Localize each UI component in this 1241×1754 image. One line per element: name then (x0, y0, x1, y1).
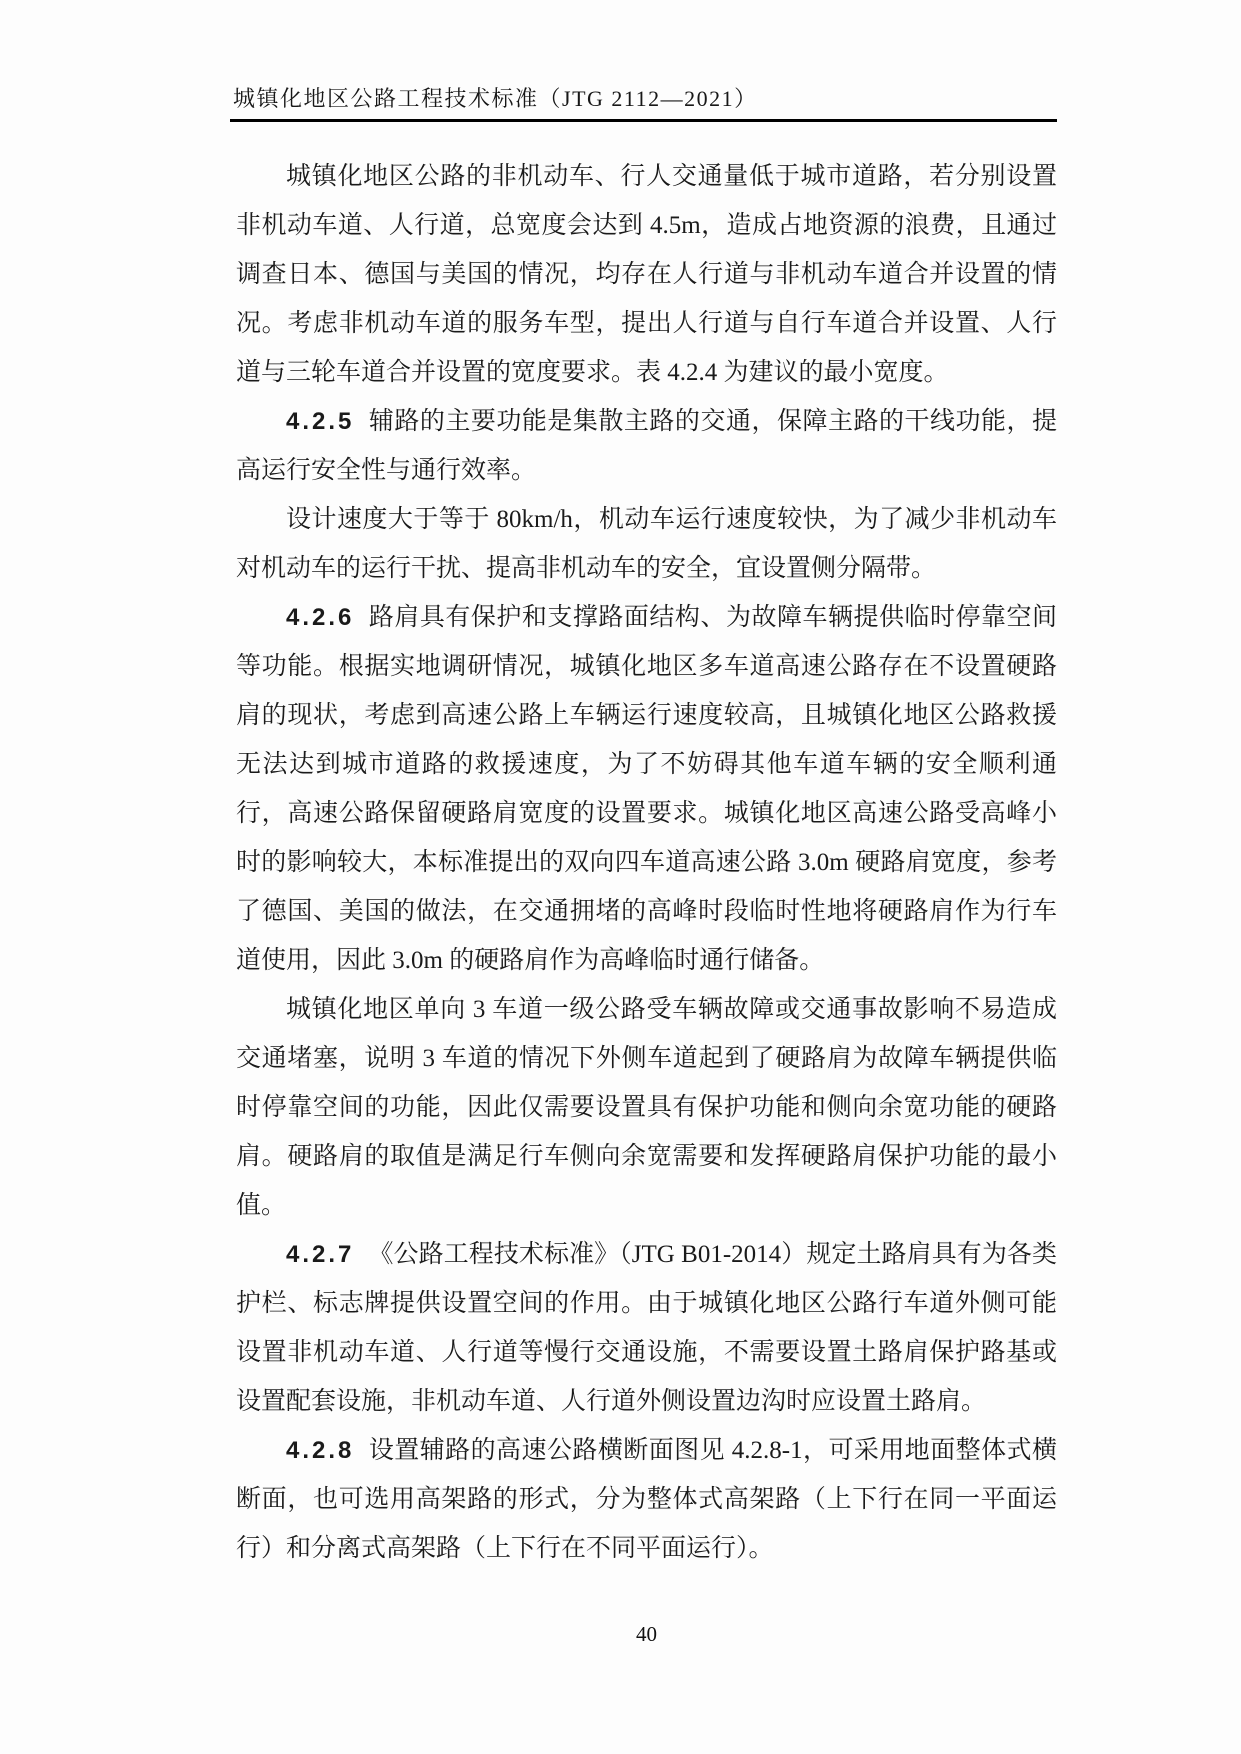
clause-number: 4.2.8 (286, 1437, 354, 1464)
paragraph-text: 城镇化地区公路的非机动车、行人交通量低于城市道路，若分别设置非机动车道、人行道，… (236, 163, 1057, 386)
paragraph: 4.2.7《公路工程技术标准》（JTG B01-2014）规定土路肩具有为各类护… (236, 1230, 1057, 1426)
document-page: 城镇化地区公路工程技术标准（JTG 2112—2021） 城镇化地区公路的非机动… (0, 0, 1241, 1754)
paragraph-text: 辅路的主要功能是集散主路的交通，保障主路的干线功能，提高运行安全性与通行效率。 (236, 408, 1057, 484)
paragraph-text: 设置辅路的高速公路横断面图见 4.2.8-1，可采用地面整体式横断面，也可选用高… (236, 1437, 1057, 1562)
paragraph: 4.2.8设置辅路的高速公路横断面图见 4.2.8-1，可采用地面整体式横断面，… (236, 1426, 1057, 1573)
paragraph-text: 路肩具有保护和支撑路面结构、为故障车辆提供临时停靠空间等功能。根据实地调研情况，… (236, 604, 1057, 974)
document-body: 城镇化地区公路的非机动车、行人交通量低于城市道路，若分别设置非机动车道、人行道，… (236, 152, 1057, 1573)
paragraph-text: 设计速度大于等于 80km/h，机动车运行速度较快，为了减少非机动车对机动车的运… (236, 506, 1057, 582)
clause-number: 4.2.6 (286, 604, 354, 631)
paragraph-text: 《公路工程技术标准》（JTG B01-2014）规定土路肩具有为各类护栏、标志牌… (236, 1241, 1057, 1415)
paragraph: 4.2.5辅路的主要功能是集散主路的交通，保障主路的干线功能，提高运行安全性与通… (236, 397, 1057, 495)
clause-number: 4.2.7 (286, 1241, 354, 1268)
paragraph: 城镇化地区单向 3 车道一级公路受车辆故障或交通事故影响不易造成交通堵塞，说明 … (236, 985, 1057, 1230)
page-number: 40 (236, 1622, 1057, 1647)
clause-number: 4.2.5 (286, 408, 354, 435)
paragraph: 城镇化地区公路的非机动车、行人交通量低于城市道路，若分别设置非机动车道、人行道，… (236, 152, 1057, 397)
running-header-title: 城镇化地区公路工程技术标准（JTG 2112—2021） (233, 82, 1057, 113)
paragraph-text: 城镇化地区单向 3 车道一级公路受车辆故障或交通事故影响不易造成交通堵塞，说明 … (236, 996, 1057, 1219)
paragraph: 4.2.6路肩具有保护和支撑路面结构、为故障车辆提供临时停靠空间等功能。根据实地… (236, 593, 1057, 985)
paragraph: 设计速度大于等于 80km/h，机动车运行速度较快，为了减少非机动车对机动车的运… (236, 495, 1057, 593)
header-rule (230, 119, 1057, 122)
